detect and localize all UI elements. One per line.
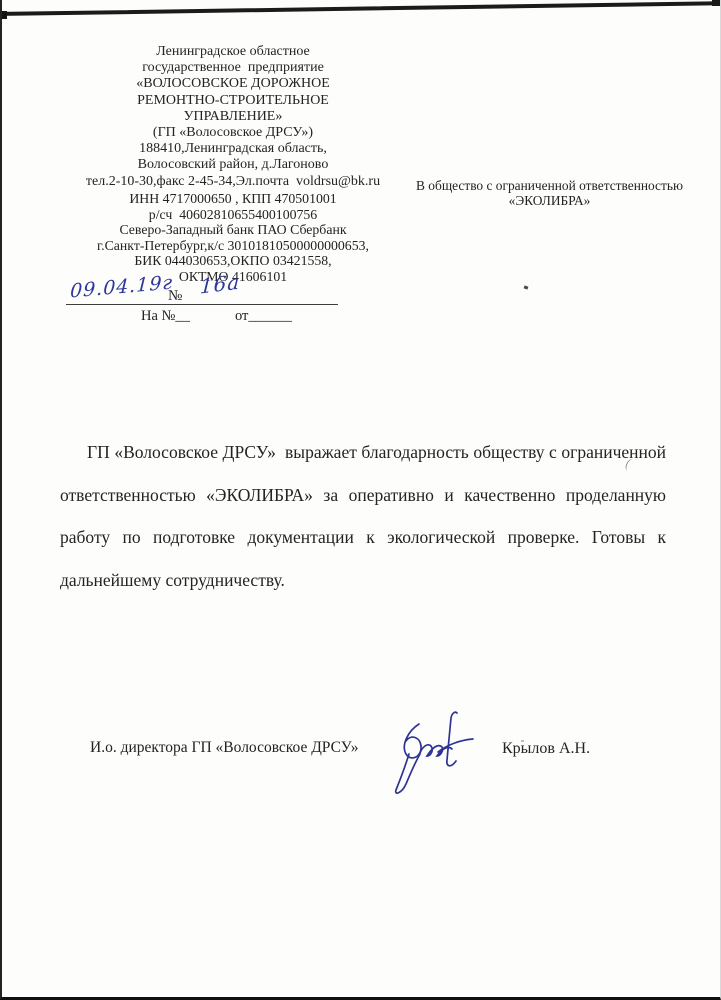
signer-title: И.о. директора ГП «Волосовское ДРСУ» [90,739,359,757]
org-line: 188410,Ленинградская область, [60,141,406,157]
handwritten-number: 16а [200,269,241,298]
org-line: УПРАВЛЕНИЕ» [60,109,406,125]
recipient-line: «ЭКОЛИБРА» [382,193,717,208]
bank-line: г.Санкт-Петербург,к/с 301018105000000006… [60,238,406,254]
scan-top-edge [0,1,721,16]
signature-autograph [385,700,485,798]
number-sign: № [168,288,182,305]
org-line: тел.2-10-30,факс 2-45-34,Эл.почта voldrs… [60,174,406,190]
scan-speck [521,740,524,742]
org-line: Волосовский район, д.Лагоново [60,157,406,173]
scan-speck [524,285,529,289]
ref-underline [66,304,338,305]
org-line: РЕМОНТНО-СТРОИТЕЛЬНОЕ [60,93,406,109]
org-line: «ВОЛОСОВСКОЕ ДОРОЖНОЕ [60,76,406,92]
bank-line: БИК 044030653,ОКПО 03421558, [60,253,406,269]
recipient-block: В общество с ограниченной ответственност… [382,178,717,208]
scan-corner-mark [712,0,720,6]
letter-page: Ленинградское областное государственное … [0,0,721,1000]
scan-left-notch [2,11,7,19]
recipient-line: В общество с ограниченной ответственност… [382,178,717,193]
na-no-label: На №__ [141,308,190,325]
bank-line: ИНН 4717000650 , КПП 470501001 [60,191,406,207]
letter-body: ГП «Волосовское ДРСУ» выражает благодарн… [60,431,666,601]
signer-name: Крылов А.Н. [502,740,590,758]
ot-label: от______ [235,308,292,325]
org-line: государственное предприятие [60,60,406,76]
org-line: (ГП «Волосовское ДРСУ») [60,125,406,141]
bank-line: р/сч 40602810655400100756 [60,207,406,223]
org-line: Ленинградское областное [60,44,406,60]
bank-line: Северо-Западный банк ПАО Сбербанк [60,222,406,238]
letterhead-org-block: Ленинградское областное государственное … [60,44,406,190]
